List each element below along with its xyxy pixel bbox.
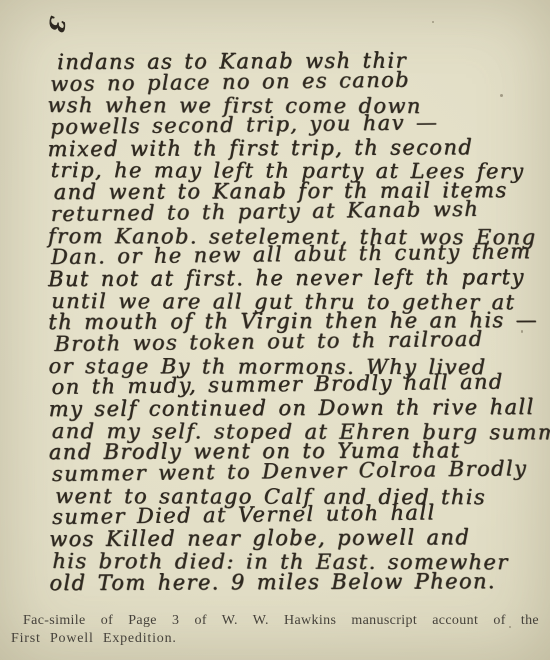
manuscript-line: mixed with th first trip, th second: [47, 137, 533, 161]
paper-speck: [500, 94, 503, 97]
scanned-book-page: 3 indans as to Kanab wsh thir wos no pla…: [0, 0, 550, 660]
handwritten-text-block: indans as to Kanab wsh thir wos no place…: [47, 50, 535, 594]
manuscript-line: my self continued on Down th rive hall: [49, 397, 535, 421]
manuscript-line: wos Killed near globe, powell and: [49, 527, 535, 551]
paper-speck: [521, 330, 523, 333]
printed-caption: Fac-simile of Page 3 of W. W. Hawkins ma…: [11, 612, 539, 648]
manuscript-line: Broth wos token out to th railroad: [54, 328, 534, 356]
manuscript-line: his broth died: in th East. somewher: [52, 551, 535, 574]
manuscript-line: and my self. stoped at Ehren burg summer: [52, 421, 535, 444]
caption-line-1: Fac-simile of Page 3 of W. W. Hawkins ma…: [11, 612, 539, 630]
paper-speck: [432, 21, 434, 23]
manuscript-line: until we are all gut thru to gether at: [51, 291, 534, 314]
manuscript-line: But not at first. he never left th party: [48, 267, 534, 291]
manuscript-line: wos no place no on es canob: [50, 68, 533, 96]
paper-speck: [509, 626, 511, 628]
manuscript-line: summer went to Denver Colroa Brodly: [52, 458, 535, 486]
manuscript-line: trip, he may left th party at Lees fery: [50, 160, 533, 183]
caption-line-2: First Powell Expedition.: [11, 630, 539, 648]
handwritten-page-number: 3: [44, 14, 70, 35]
manuscript-line: returned to th party at Kanab wsh: [51, 198, 534, 226]
